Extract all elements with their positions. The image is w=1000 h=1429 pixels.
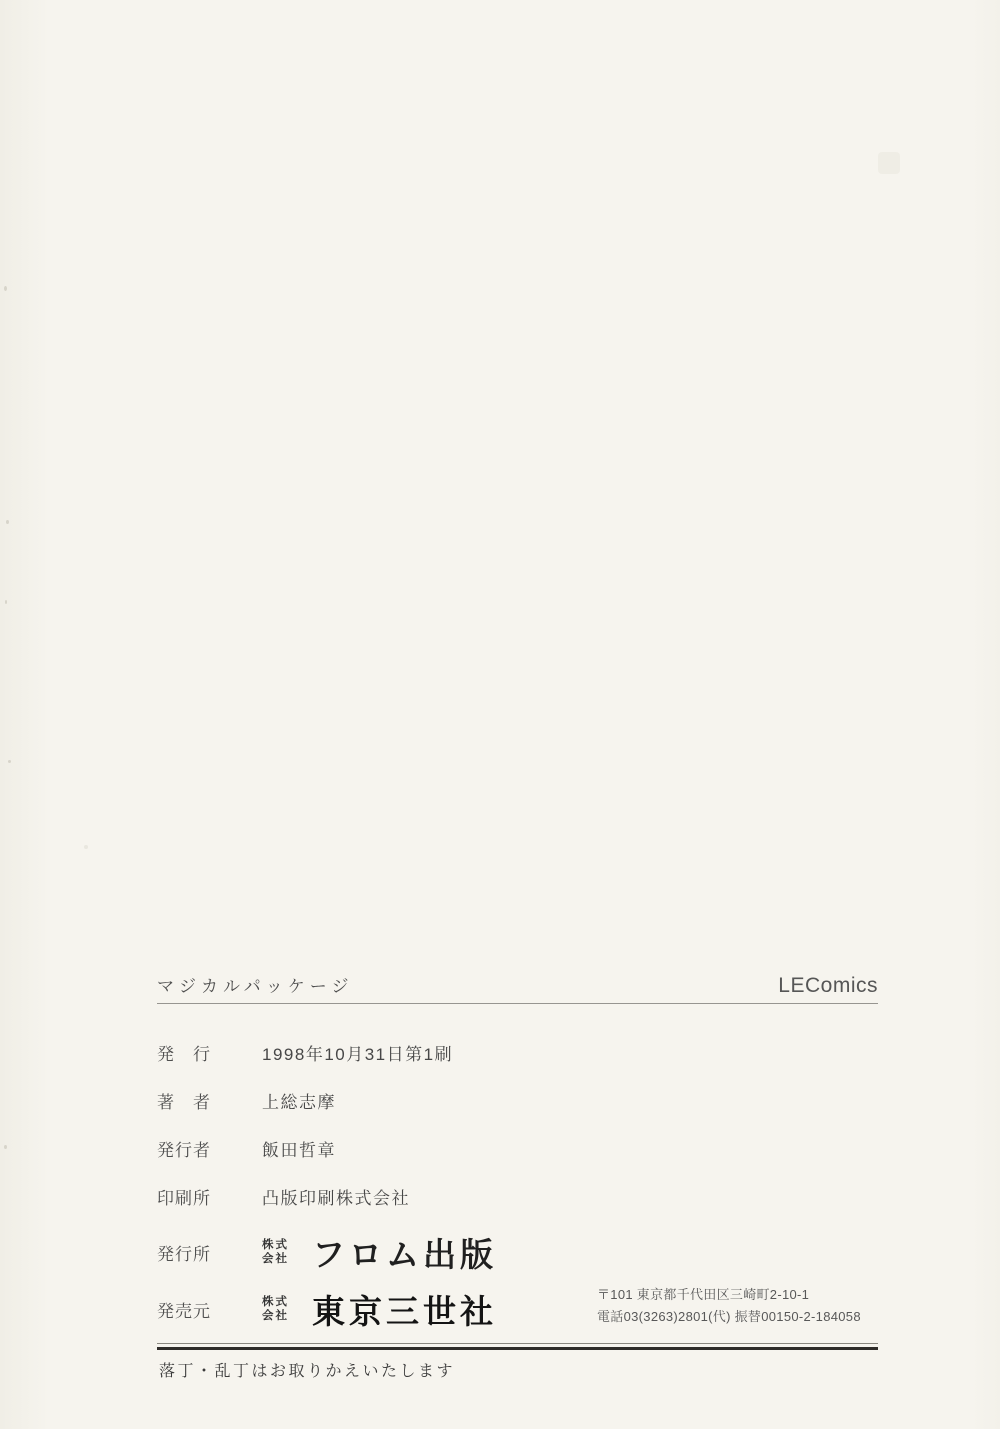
footer-rule-thin <box>157 1343 878 1344</box>
row-label: 印刷所 <box>157 1189 262 1209</box>
prefix-bottom: 会社 <box>262 1253 312 1267</box>
scan-artifact <box>84 845 88 849</box>
scan-artifact <box>4 1145 7 1149</box>
row-publisher: 発行所 株式 会社 フロム出版 <box>157 1229 878 1276</box>
scan-artifact <box>5 600 7 604</box>
distributor-address: 〒101 東京都千代田区三崎町2-10-1 電話03(3263)2801(代) … <box>597 1284 861 1328</box>
row-author: 著 者 上総志摩 <box>157 1093 878 1113</box>
kabushiki-gaisha-prefix: 株式 会社 <box>262 1239 312 1267</box>
scan-artifact <box>6 520 9 524</box>
scan-artifact <box>4 286 7 291</box>
scan-artifact <box>878 152 900 174</box>
kabushiki-gaisha-prefix: 株式 会社 <box>262 1296 312 1324</box>
row-publication-date: 発 行 1998年10月31日第1刷 <box>157 1045 878 1065</box>
row-value: 凸版印刷株式会社 <box>262 1189 410 1209</box>
footer-rule-thick <box>157 1347 878 1350</box>
replacement-notice: 落丁・乱丁はお取りかえいたします <box>159 1358 455 1381</box>
row-label: 著 者 <box>157 1093 262 1113</box>
scan-artifact <box>8 760 11 763</box>
publisher-name: フロム出版 <box>312 1229 497 1276</box>
footer-rule <box>157 1343 878 1350</box>
row-value: 上総志摩 <box>262 1093 336 1113</box>
imprint-logo: LEComics <box>778 974 878 998</box>
address-line: 〒101 東京都千代田区三崎町2-10-1 <box>597 1284 861 1306</box>
scanned-colophon-page: マジカルパッケージ LEComics 発 行 1998年10月31日第1刷 著 … <box>0 0 1000 1429</box>
row-label: 発行所 <box>157 1240 262 1265</box>
prefix-top: 株式 <box>262 1239 312 1253</box>
prefix-top: 株式 <box>262 1296 312 1310</box>
prefix-bottom: 会社 <box>262 1310 312 1324</box>
phone-line: 電話03(3263)2801(代) 振替00150-2-184058 <box>597 1306 861 1328</box>
row-label: 発売元 <box>157 1297 262 1322</box>
book-title: マジカルパッケージ <box>157 972 353 997</box>
colophon-header: マジカルパッケージ LEComics <box>157 972 878 998</box>
row-label: 発 行 <box>157 1045 262 1065</box>
row-issuer: 発行者 飯田哲章 <box>157 1141 878 1161</box>
distributor-name: 東京三世社 <box>312 1286 497 1333</box>
row-printer: 印刷所 凸版印刷株式会社 <box>157 1189 878 1209</box>
row-label: 発行者 <box>157 1141 262 1161</box>
row-value: 飯田哲章 <box>262 1141 336 1161</box>
header-rule <box>157 1003 878 1004</box>
row-value: 1998年10月31日第1刷 <box>262 1045 453 1065</box>
